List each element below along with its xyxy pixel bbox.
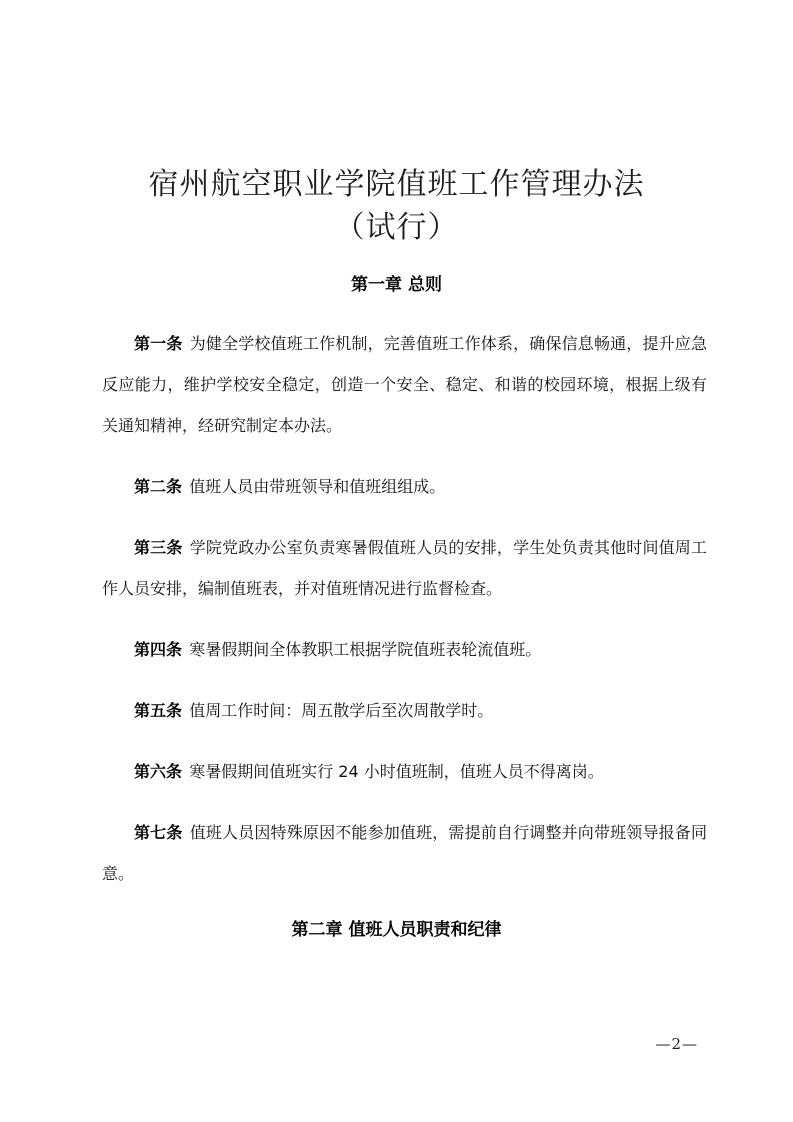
article-4-number: 第四条 bbox=[134, 640, 182, 659]
document-body: 第一条为健全学校值班工作机制，完善值班工作体系，确保信息畅通，提升应急反应能力，… bbox=[102, 323, 707, 894]
article-3: 第三条学院党政办公室负责寒暑假值班人员的安排，学生处负责其他时间值周工作人员安排… bbox=[102, 527, 707, 609]
article-5-number: 第五条 bbox=[134, 701, 182, 720]
article-4: 第四条寒暑假期间全体教职工根据学院值班表轮流值班。 bbox=[102, 629, 707, 670]
chapter-2-heading: 第二章 值班人员职责和纪律 bbox=[0, 918, 793, 942]
article-1: 第一条为健全学校值班工作机制，完善值班工作体系，确保信息畅通，提升应急反应能力，… bbox=[102, 323, 707, 446]
document-page: 宿州航空职业学院值班工作管理办法 （试行） 第一章 总则 第一条为健全学校值班工… bbox=[0, 0, 793, 1122]
page-number: —2— bbox=[655, 1035, 698, 1053]
article-7-number: 第七条 bbox=[134, 823, 183, 842]
article-3-text: 学院党政办公室负责寒暑假值班人员的安排，学生处负责其他时间值周工作人员安排，编制… bbox=[102, 538, 707, 598]
article-4-text: 寒暑假期间全体教职工根据学院值班表轮流值班。 bbox=[189, 640, 541, 659]
document-title-line1: 宿州航空职业学院值班工作管理办法 bbox=[0, 163, 793, 206]
article-2-number: 第二条 bbox=[134, 477, 182, 496]
article-1-number: 第一条 bbox=[134, 334, 183, 353]
article-3-number: 第三条 bbox=[134, 538, 183, 557]
article-2: 第二条值班人员由带班领导和值班组组成。 bbox=[102, 466, 707, 507]
article-6-text: 寒暑假期间值班实行 24 小时值班制，值班人员不得离岗。 bbox=[189, 762, 604, 781]
article-7: 第七条值班人员因特殊原因不能参加值班，需提前自行调整并向带班领导报备同意。 bbox=[102, 812, 707, 894]
document-title: 宿州航空职业学院值班工作管理办法 （试行） bbox=[0, 0, 793, 249]
article-6-number: 第六条 bbox=[134, 762, 182, 781]
article-1-text: 为健全学校值班工作机制，完善值班工作体系，确保信息畅通，提升应急反应能力，维护学… bbox=[102, 334, 707, 435]
article-5: 第五条值周工作时间：周五散学后至次周散学时。 bbox=[102, 690, 707, 731]
article-2-text: 值班人员由带班领导和值班组组成。 bbox=[189, 477, 445, 496]
document-title-line2: （试行） bbox=[0, 206, 793, 249]
chapter-1-heading: 第一章 总则 bbox=[0, 273, 793, 297]
article-7-text: 值班人员因特殊原因不能参加值班，需提前自行调整并向带班领导报备同意。 bbox=[102, 823, 707, 883]
article-6: 第六条寒暑假期间值班实行 24 小时值班制，值班人员不得离岗。 bbox=[102, 751, 707, 792]
article-5-text: 值周工作时间：周五散学后至次周散学时。 bbox=[189, 701, 493, 720]
